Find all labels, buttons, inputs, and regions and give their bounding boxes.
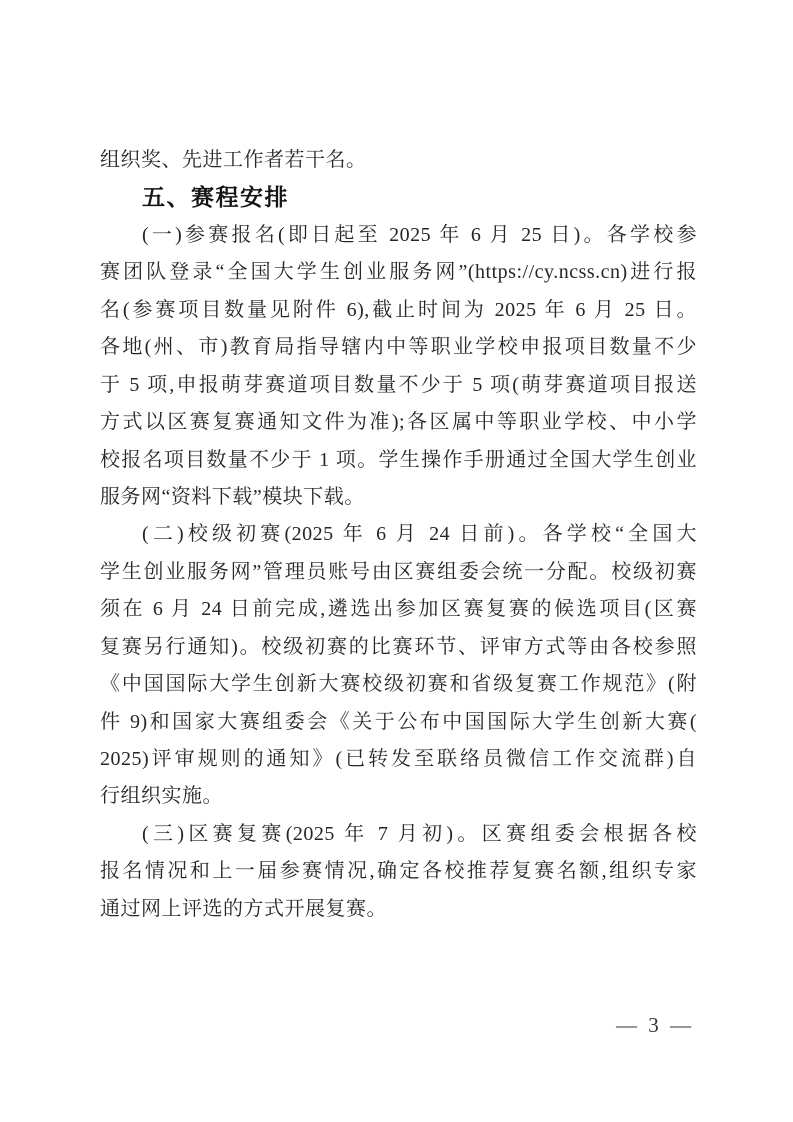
- text-line: 各地(州、市)教育局指导辖内中等职业学校申报项目数量不少: [100, 329, 697, 366]
- text-line: 于 5 项,申报萌芽赛道项目数量不少于 5 项(萌芽赛道项目报送: [100, 367, 697, 404]
- text-line: 件 9)和国家大赛组委会《关于公布中国国际大学生创新大赛(: [100, 704, 697, 741]
- text-line: (一)参赛报名(即日起至 2025 年 6 月 25 日)。各学校参: [100, 217, 697, 254]
- text-line: 《中国国际大学生创新大赛校级初赛和省级复赛工作规范》(附: [100, 666, 697, 703]
- text-line: 复赛另行通知)。校级初赛的比赛环节、评审方式等由各校参照: [100, 629, 697, 666]
- document-body: 组织奖、先进工作者若干名。五、赛程安排(一)参赛报名(即日起至 2025 年 6…: [100, 142, 697, 928]
- text-line: 名(参赛项目数量见附件 6),截止时间为 2025 年 6 月 25 日。: [100, 292, 697, 329]
- section-heading: 五、赛程安排: [100, 179, 697, 216]
- text-line: 通过网上评选的方式开展复赛。: [100, 891, 697, 928]
- text-line: 校报名项目数量不少于 1 项。学生操作手册通过全国大学生创业: [100, 442, 697, 479]
- page-number: — 3 —: [616, 1011, 692, 1039]
- document-page: 组织奖、先进工作者若干名。五、赛程安排(一)参赛报名(即日起至 2025 年 6…: [0, 0, 793, 1122]
- text-line: 服务网“资料下载”模块下载。: [100, 479, 697, 516]
- text-line: (三)区赛复赛(2025 年 7 月初)。区赛组委会根据各校: [100, 816, 697, 853]
- text-line: 学生创业服务网”管理员账号由区赛组委会统一分配。校级初赛: [100, 554, 697, 591]
- text-line: (二)校级初赛(2025 年 6 月 24 日前)。各学校“全国大: [100, 516, 697, 553]
- text-line: 报名情况和上一届参赛情况,确定各校推荐复赛名额,组织专家: [100, 853, 697, 890]
- text-line: 行组织实施。: [100, 778, 697, 815]
- text-line: 方式以区赛复赛通知文件为准);各区属中等职业学校、中小学: [100, 404, 697, 441]
- text-line: 2025)评审规则的通知》(已转发至联络员微信工作交流群)自: [100, 741, 697, 778]
- text-line: 组织奖、先进工作者若干名。: [100, 142, 697, 179]
- text-line: 须在 6 月 24 日前完成,遴选出参加区赛复赛的候选项目(区赛: [100, 591, 697, 628]
- text-line: 赛团队登录“全国大学生创业服务网”(https://cy.ncss.cn)进行报: [100, 254, 697, 291]
